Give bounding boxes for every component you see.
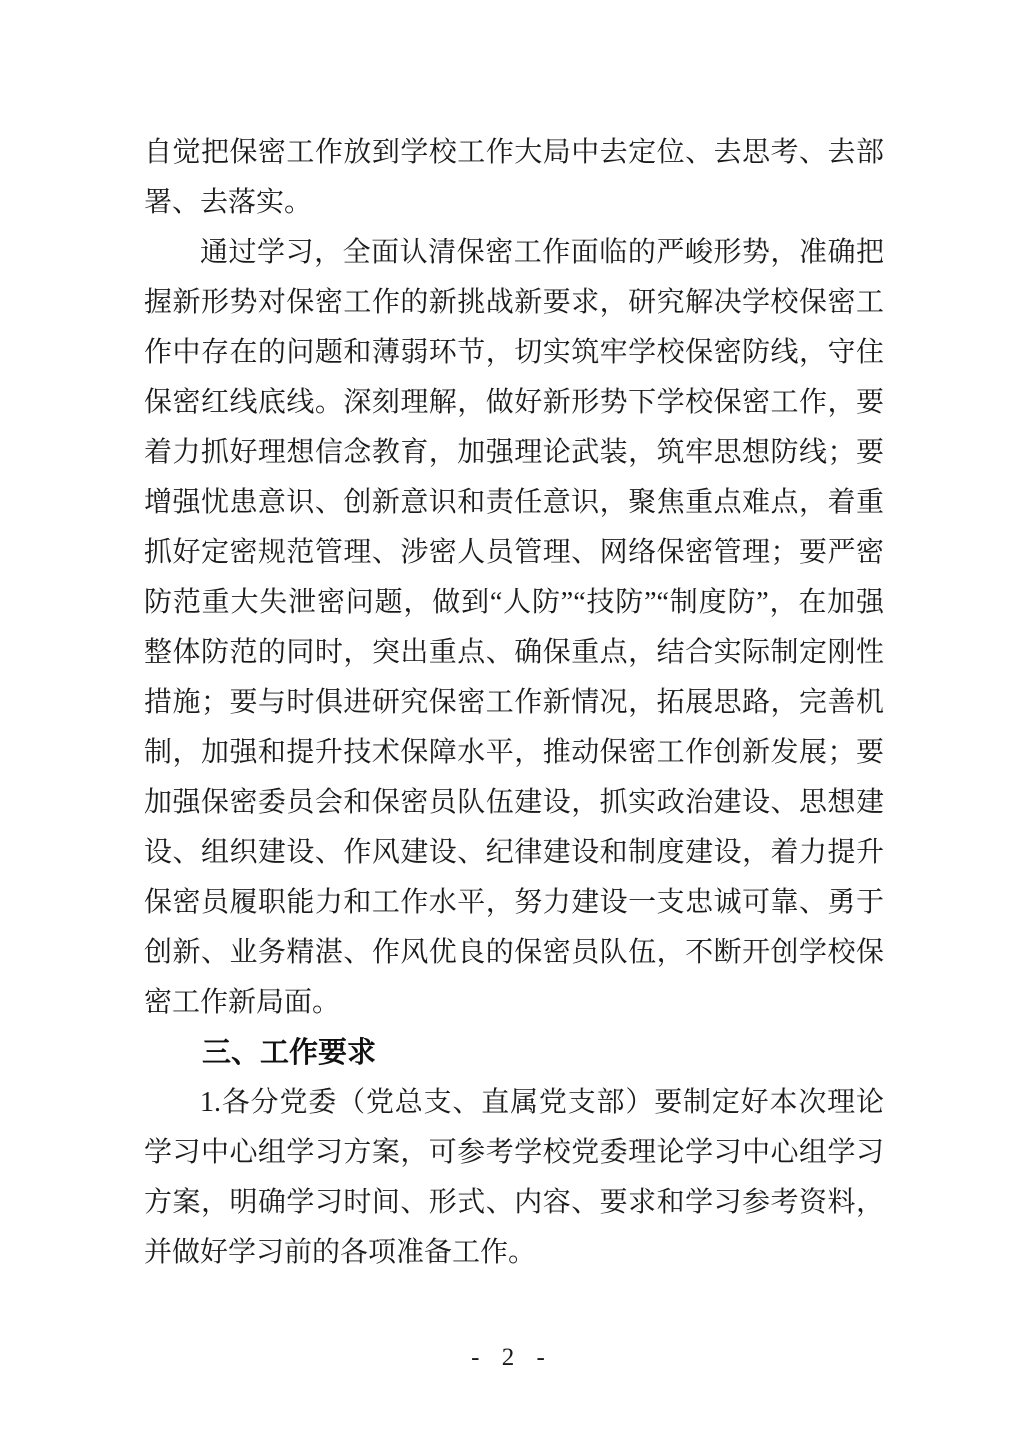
section-heading: 三、工作要求 bbox=[144, 1028, 884, 1078]
paragraph: 1.各分党委（党总支、直属党支部）要制定好本次理论学习中心组学习方案，可参考学校… bbox=[144, 1078, 884, 1278]
paragraph: 通过学习，全面认清保密工作面临的严峻形势，准确把握新形势对保密工作的新挑战新要求… bbox=[144, 228, 884, 1028]
page-number: - 2 - bbox=[0, 1344, 1024, 1372]
document-body: 自觉把保密工作放到学校工作大局中去定位、去思考、去部署、去落实。通过学习，全面认… bbox=[144, 128, 884, 1278]
document-page: 自觉把保密工作放到学校工作大局中去定位、去思考、去部署、去落实。通过学习，全面认… bbox=[0, 0, 1024, 1448]
paragraph: 自觉把保密工作放到学校工作大局中去定位、去思考、去部署、去落实。 bbox=[144, 128, 884, 228]
